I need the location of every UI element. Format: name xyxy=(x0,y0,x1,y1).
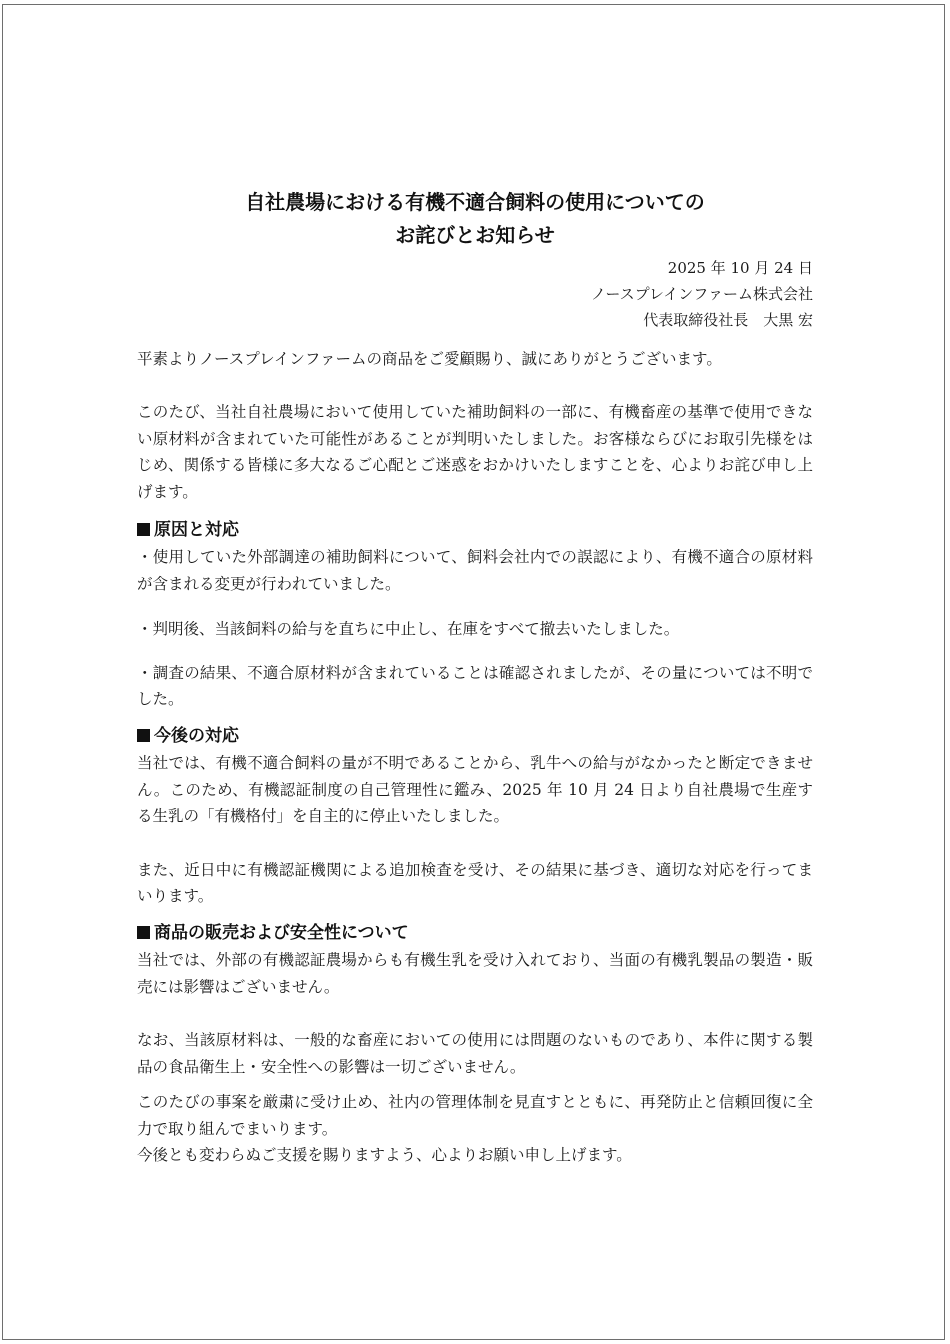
section-heading: 商品の販売および安全性について xyxy=(137,920,813,946)
section-heading: 今後の対応 xyxy=(137,723,813,749)
section-cause-and-response: 原因と対応 ・使用していた外部調達の補助飼料について、飼料会社内での誤認により、… xyxy=(137,517,813,713)
intro-paragraph: このたび、当社自社農場において使用していた補助飼料の一部に、有機畜産の基準で使用… xyxy=(137,399,813,505)
closing-block: このたびの事案を厳粛に受け止め、社内の管理体制を見直すとともに、再発防止と信頼回… xyxy=(137,1089,813,1169)
signatory: 代表取締役社長 大黒 宏 xyxy=(591,307,813,333)
section-paragraph: ・使用していた外部調達の補助飼料について、飼料会社内での誤認により、有機不適合の… xyxy=(137,544,813,597)
document-date: 2025 年 10 月 24 日 xyxy=(591,255,813,281)
section-paragraph: 当社では、有機不適合飼料の量が不明であることから、乳牛への給与がなかったと断定で… xyxy=(137,750,813,830)
section-heading-text: 今後の対応 xyxy=(154,726,239,746)
black-square-icon xyxy=(137,729,150,742)
intro-block: このたび、当社自社農場において使用していた補助飼料の一部に、有機畜産の基準で使用… xyxy=(137,399,813,505)
company-name: ノースプレインファーム株式会社 xyxy=(591,281,813,307)
section-paragraph: 当社では、外部の有機認証農場からも有機生乳を受け入れており、当面の有機乳製品の製… xyxy=(137,947,813,1000)
section-sales-and-safety: 商品の販売および安全性について 当社では、外部の有機認証農場からも有機生乳を受け… xyxy=(137,920,813,1080)
greeting-block: 平素よりノースプレインファームの商品をご愛顧賜り、誠にありがとうございます。 xyxy=(137,346,813,373)
section-heading-text: 商品の販売および安全性について xyxy=(154,923,409,943)
section-heading: 原因と対応 xyxy=(137,517,813,543)
title-line-1: 自社農場における有機不適合飼料の使用についての xyxy=(137,186,813,219)
section-paragraph: また、近日中に有機認証機関による追加検査を受け、その結果に基づき、適切な対応を行… xyxy=(137,857,813,910)
section-heading-text: 原因と対応 xyxy=(154,520,239,540)
section-paragraph: なお、当該原材料は、一般的な畜産においての使用には問題のないものであり、本件に関… xyxy=(137,1027,813,1080)
closing-final-line: 今後とも変わらぬご支援を賜りますよう、心よりお願い申し上げます。 xyxy=(137,1142,813,1169)
section-future-response: 今後の対応 当社では、有機不適合飼料の量が不明であることから、乳牛への給与がなか… xyxy=(137,723,813,910)
black-square-icon xyxy=(137,926,150,939)
closing-paragraph: このたびの事案を厳粛に受け止め、社内の管理体制を見直すとともに、再発防止と信頼回… xyxy=(137,1089,813,1142)
section-paragraph: ・判明後、当該飼料の給与を直ちに中止し、在庫をすべて撤去いたしました。 xyxy=(137,616,813,643)
document-page: 自社農場における有機不適合飼料の使用についての お詫びとお知らせ 2025 年 … xyxy=(2,4,945,1340)
document-title: 自社農場における有機不適合飼料の使用についての お詫びとお知らせ xyxy=(137,186,813,252)
title-line-2: お詫びとお知らせ xyxy=(137,219,813,252)
greeting-paragraph: 平素よりノースプレインファームの商品をご愛顧賜り、誠にありがとうございます。 xyxy=(137,346,813,373)
document-meta: 2025 年 10 月 24 日 ノースプレインファーム株式会社 代表取締役社長… xyxy=(591,255,813,333)
section-paragraph: ・調査の結果、不適合原材料が含まれていることは確認されましたが、その量については… xyxy=(137,660,813,713)
black-square-icon xyxy=(137,523,150,536)
